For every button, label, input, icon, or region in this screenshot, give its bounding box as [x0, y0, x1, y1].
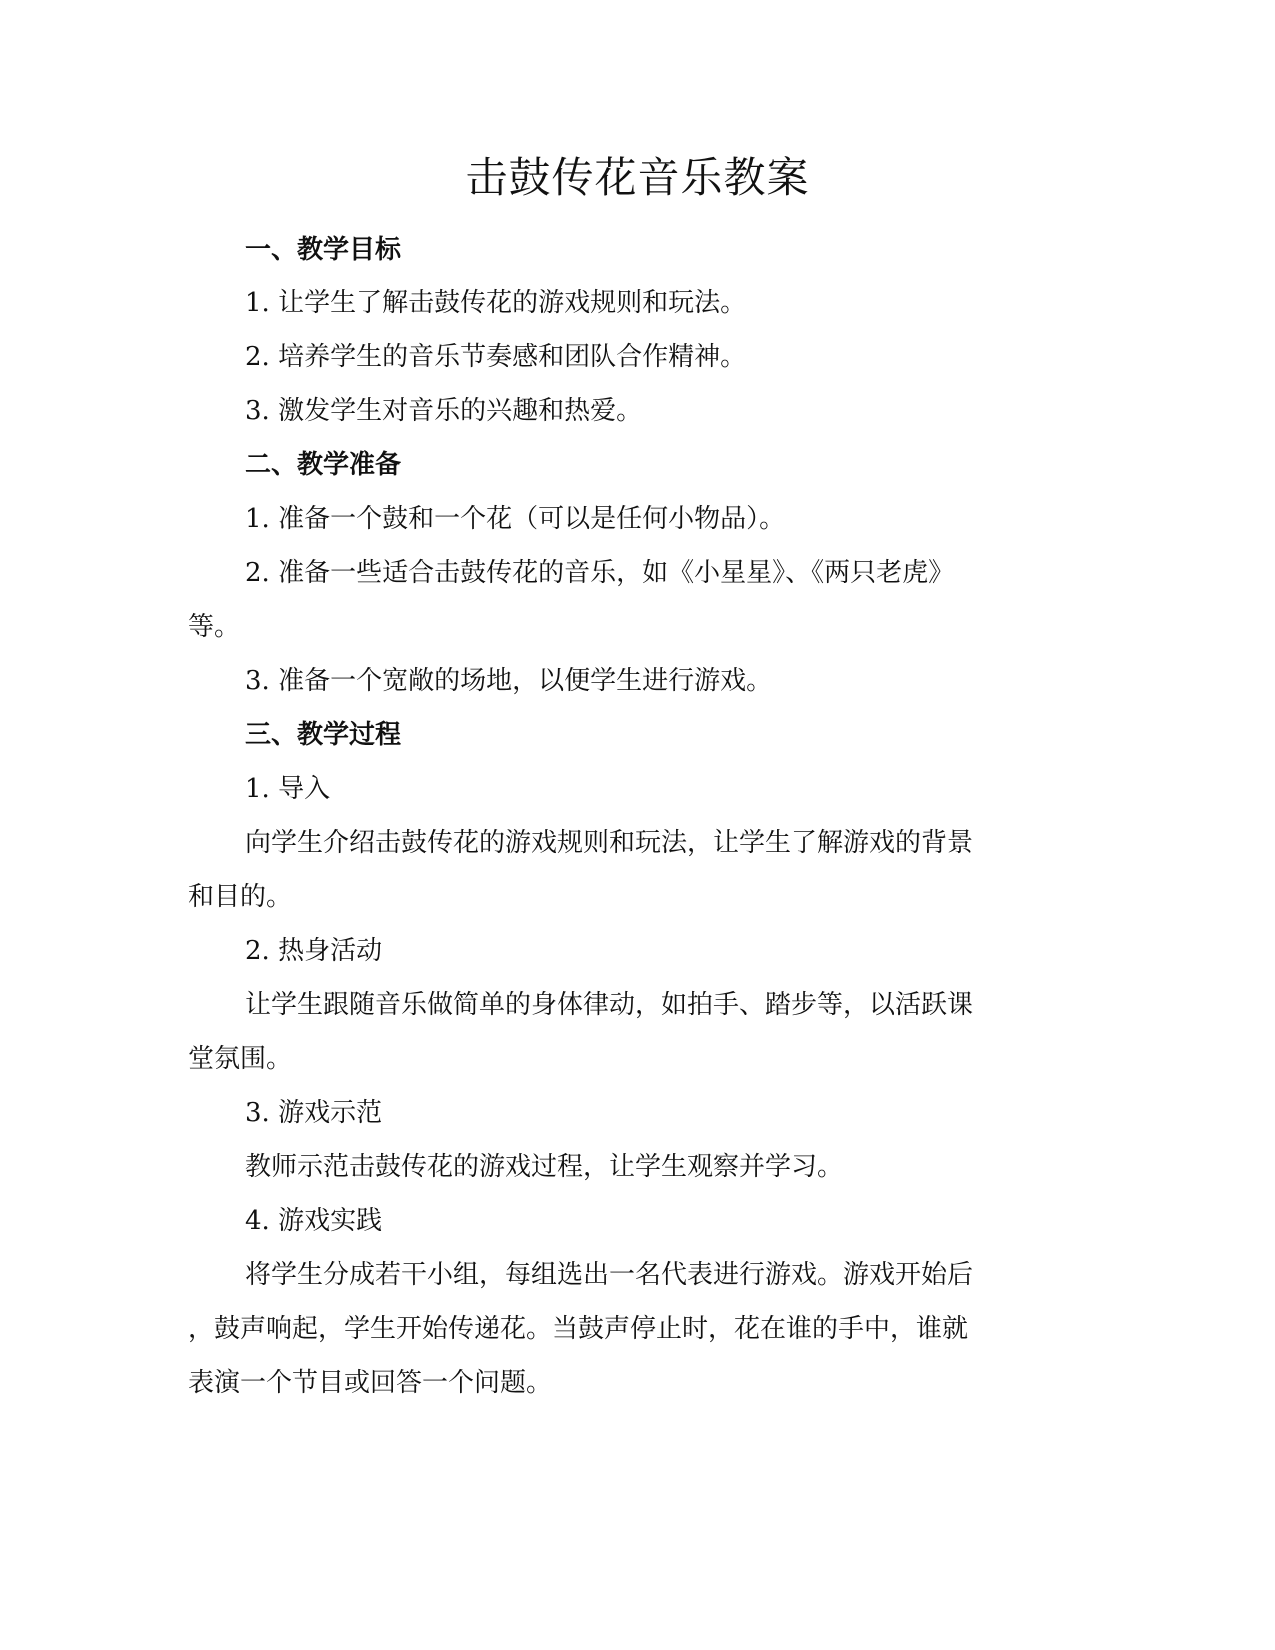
paragraph: 教师示范击鼓传花的游戏过程，让学生观察并学习。 — [245, 1147, 843, 1187]
sub-heading: 1. 导入 — [245, 769, 330, 809]
paragraph: 向学生介绍击鼓传花的游戏规则和玩法，让学生了解游戏的背景 — [245, 823, 973, 863]
list-item: 3. 准备一个宽敞的场地，以便学生进行游戏。 — [245, 661, 772, 701]
list-item: 1. 准备一个鼓和一个花（可以是任何小物品）。 — [245, 499, 785, 539]
document-page: 击鼓传花音乐教案 一、教学目标 1. 让学生了解击鼓传花的游戏规则和玩法。 2.… — [0, 0, 1275, 1650]
document-title: 击鼓传花音乐教案 — [0, 148, 1275, 208]
sub-heading: 3. 游戏示范 — [245, 1093, 382, 1133]
paragraph-continuation: 表演一个节目或回答一个问题。 — [188, 1363, 552, 1403]
list-item: 3. 激发学生对音乐的兴趣和热爱。 — [245, 391, 642, 431]
section-heading-process: 三、教学过程 — [245, 715, 401, 755]
paragraph-continuation: 堂氛围。 — [188, 1039, 292, 1079]
list-item-continuation: 等。 — [188, 607, 240, 647]
paragraph: 让学生跟随音乐做简单的身体律动，如拍手、踏步等，以活跃课 — [245, 985, 973, 1025]
section-heading-objectives: 一、教学目标 — [245, 230, 401, 270]
section-heading-preparation: 二、教学准备 — [245, 445, 401, 485]
sub-heading: 2. 热身活动 — [245, 931, 382, 971]
paragraph-continuation: 和目的。 — [188, 877, 292, 917]
paragraph: 将学生分成若干小组，每组选出一名代表进行游戏。游戏开始后 — [245, 1255, 973, 1295]
list-item: 2. 准备一些适合击鼓传花的音乐，如《小星星》、《两只老虎》 — [245, 553, 954, 593]
paragraph-continuation: ，鼓声响起，学生开始传递花。当鼓声停止时，花在谁的手中，谁就 — [188, 1309, 968, 1349]
sub-heading: 4. 游戏实践 — [245, 1201, 382, 1241]
list-item: 1. 让学生了解击鼓传花的游戏规则和玩法。 — [245, 283, 746, 323]
list-item: 2. 培养学生的音乐节奏感和团队合作精神。 — [245, 337, 746, 377]
